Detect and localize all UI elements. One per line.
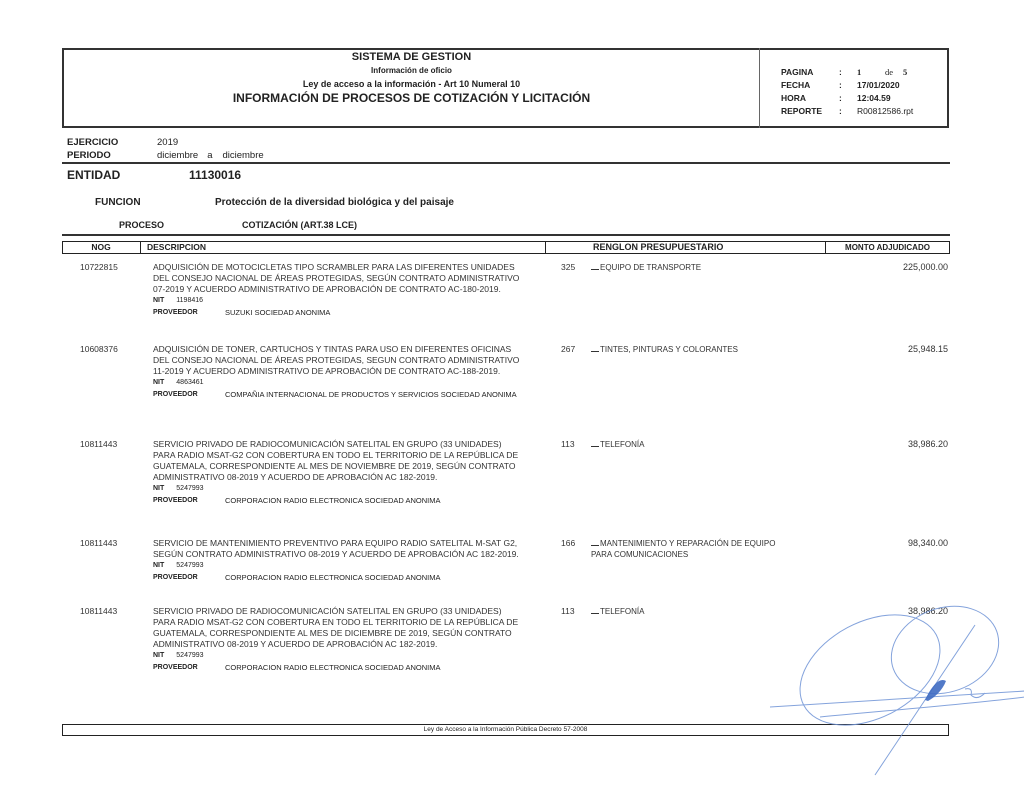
row-description: SERVICIO PRIVADO DE RADIOCOMUNICACIÓN SA… — [153, 606, 523, 650]
renglon-name-text: TELEFONÍA — [600, 607, 644, 616]
row-nit: NIT1198416 — [153, 296, 525, 306]
row-renglon-code: 267 — [561, 344, 575, 354]
dash-marker — [591, 439, 599, 447]
nit-label: NIT — [153, 297, 164, 304]
law-line: Ley de acceso a la información - Art 10 … — [64, 77, 759, 91]
row-monto: 98,340.00 — [828, 538, 948, 548]
section-rule — [62, 162, 950, 164]
row-description-block: ADQUISICIÓN DE MOTOCICLETAS TIPO SCRAMBL… — [153, 262, 525, 318]
reporte-label: REPORTE — [781, 105, 839, 118]
header-divider — [759, 48, 760, 128]
row-renglon-name: TINTES, PINTURAS Y COLORANTES — [591, 344, 796, 355]
row-monto: 25,948.15 — [828, 344, 948, 354]
system-title: SISTEMA DE GESTION — [64, 51, 759, 64]
row-renglon-code: 113 — [561, 606, 575, 616]
col-header-nog: NOG — [62, 241, 140, 254]
row-nog: 10811443 — [80, 606, 117, 616]
nit-value: 5247993 — [176, 562, 203, 569]
proceso-row: PROCESOCOTIZACIÓN (ART.38 LCE) — [119, 220, 357, 230]
report-header-titles: SISTEMA DE GESTION Información de oficio… — [64, 51, 759, 106]
row-renglon-name: TELEFONÍA — [591, 439, 796, 450]
renglon-name-text: TINTES, PINTURAS Y COLORANTES — [600, 345, 738, 354]
row-proveedor: PROVEEDORCOMPAÑIA INTERNACIONAL DE PRODU… — [153, 390, 525, 400]
proveedor-label: PROVEEDOR — [153, 496, 225, 506]
col-header-monto: MONTO ADJUDICADO — [825, 241, 950, 254]
nit-value: 5247993 — [176, 652, 203, 659]
ejercicio-value: 2019 — [157, 137, 178, 148]
pagina-current: 1 — [857, 66, 885, 79]
row-proveedor: PROVEEDORCORPORACION RADIO ELECTRONICA S… — [153, 496, 525, 506]
row-monto: 38,986.20 — [828, 606, 948, 616]
renglon-name-text: EQUIPO DE TRANSPORTE — [600, 263, 701, 272]
reporte-value: R00812586.rpt — [857, 105, 913, 118]
meta-reporte: REPORTE : R00812586.rpt — [781, 105, 913, 118]
row-renglon-name: EQUIPO DE TRANSPORTE — [591, 262, 796, 273]
row-description: ADQUISICIÓN DE MOTOCICLETAS TIPO SCRAMBL… — [153, 262, 523, 295]
row-proveedor: PROVEEDORCORPORACION RADIO ELECTRONICA S… — [153, 573, 525, 583]
row-renglon-code: 325 — [561, 262, 575, 272]
report-title: INFORMACIÓN DE PROCESOS DE COTIZACIÓN Y … — [64, 91, 759, 106]
separator: : — [839, 66, 857, 79]
nit-label: NIT — [153, 485, 164, 492]
row-nit: NIT5247993 — [153, 561, 525, 571]
row-monto: 38,986.20 — [828, 439, 948, 449]
proceso-label: PROCESO — [119, 220, 242, 230]
pagina-of: de — [885, 66, 903, 79]
pagina-label: PAGINA — [781, 66, 839, 79]
proceso-value: COTIZACIÓN (ART.38 LCE) — [242, 220, 357, 230]
meta-fecha: FECHA : 17/01/2020 — [781, 79, 913, 92]
row-proveedor: PROVEEDORCORPORACION RADIO ELECTRONICA S… — [153, 663, 525, 673]
meta-hora: HORA : 12:04.59 — [781, 92, 913, 105]
row-description: SERVICIO DE MANTENIMIENTO PREVENTIVO PAR… — [153, 538, 523, 560]
row-description-block: SERVICIO PRIVADO DE RADIOCOMUNICACIÓN SA… — [153, 606, 525, 673]
ejercicio-label: EJERCICIO — [67, 137, 157, 148]
proveedor-value: SUZUKI SOCIEDAD ANONIMA — [225, 308, 525, 318]
renglon-name-text: MANTENIMIENTO Y REPARACIÓN DE EQUIPO PAR… — [591, 539, 775, 559]
row-nit: NIT5247993 — [153, 484, 525, 494]
hora-label: HORA — [781, 92, 839, 105]
row-description: ADQUISICIÓN DE TONER, CARTUCHOS Y TINTAS… — [153, 344, 523, 377]
row-nog: 10811443 — [80, 439, 117, 449]
col-header-renglon: RENGLON PRESUPUESTARIO — [593, 241, 723, 254]
funcion-row: FUNCIONProtección de la diversidad bioló… — [95, 197, 454, 208]
entidad-label: ENTIDAD — [67, 168, 189, 182]
row-nit: NIT5247993 — [153, 651, 525, 661]
nit-label: NIT — [153, 379, 164, 386]
proveedor-label: PROVEEDOR — [153, 390, 225, 400]
nit-label: NIT — [153, 652, 164, 659]
row-nog: 10608376 — [80, 344, 118, 354]
dash-marker — [591, 344, 599, 352]
proveedor-value: CORPORACION RADIO ELECTRONICA SOCIEDAD A… — [225, 573, 525, 583]
row-renglon-name: TELEFONÍA — [591, 606, 796, 617]
periodo-row: PERIODOdiciembreadiciembre — [67, 150, 264, 161]
periodo-from: diciembre — [157, 150, 198, 161]
col-separator — [140, 241, 141, 254]
nit-value: 4863461 — [176, 379, 203, 386]
separator: : — [839, 92, 857, 105]
proveedor-value: CORPORACION RADIO ELECTRONICA SOCIEDAD A… — [225, 663, 525, 673]
proveedor-label: PROVEEDOR — [153, 573, 225, 583]
proveedor-label: PROVEEDOR — [153, 663, 225, 673]
col-separator — [545, 241, 546, 254]
pagina-total: 5 — [903, 66, 907, 79]
entidad-row: ENTIDAD11130016 — [67, 168, 241, 182]
row-nog: 10811443 — [80, 538, 117, 548]
fecha-value: 17/01/2020 — [857, 79, 900, 92]
row-renglon-code: 166 — [561, 538, 575, 548]
signature-mark — [760, 605, 1024, 785]
row-monto: 225,000.00 — [828, 262, 948, 272]
section-rule — [62, 234, 950, 236]
hora-value: 12:04.59 — [857, 92, 891, 105]
meta-pagina: PAGINA : 1 de 5 — [781, 66, 913, 79]
proveedor-value: COMPAÑIA INTERNACIONAL DE PRODUCTOS Y SE… — [225, 390, 525, 400]
dash-marker — [591, 538, 599, 546]
nit-label: NIT — [153, 562, 164, 569]
nit-value: 5247993 — [176, 485, 203, 492]
row-nit: NIT4863461 — [153, 378, 525, 388]
renglon-name-text: TELEFONÍA — [600, 440, 644, 449]
footer-text: Ley de Acceso a la Información Pública D… — [62, 725, 949, 735]
dash-marker — [591, 262, 599, 270]
report-meta: PAGINA : 1 de 5 FECHA : 17/01/2020 HORA … — [781, 66, 913, 118]
fecha-label: FECHA — [781, 79, 839, 92]
proveedor-label: PROVEEDOR — [153, 308, 225, 318]
periodo-to: diciembre — [222, 150, 263, 161]
subtitle: Información de oficio — [64, 64, 759, 77]
nit-value: 1198416 — [176, 297, 203, 304]
entidad-value: 11130016 — [189, 168, 241, 182]
row-description: SERVICIO PRIVADO DE RADIOCOMUNICACIÓN SA… — [153, 439, 523, 483]
row-description-block: SERVICIO DE MANTENIMIENTO PREVENTIVO PAR… — [153, 538, 525, 583]
funcion-label: FUNCION — [95, 197, 215, 208]
row-renglon-code: 113 — [561, 439, 575, 449]
row-description-block: ADQUISICIÓN DE TONER, CARTUCHOS Y TINTAS… — [153, 344, 525, 400]
row-nog: 10722815 — [80, 262, 118, 272]
row-description-block: SERVICIO PRIVADO DE RADIOCOMUNICACIÓN SA… — [153, 439, 525, 506]
row-proveedor: PROVEEDORSUZUKI SOCIEDAD ANONIMA — [153, 308, 525, 318]
funcion-value: Protección de la diversidad biológica y … — [215, 197, 454, 208]
periodo-connector: a — [207, 150, 212, 161]
separator: : — [839, 79, 857, 92]
col-header-descripcion: DESCRIPCION — [147, 241, 206, 254]
row-renglon-name: MANTENIMIENTO Y REPARACIÓN DE EQUIPO PAR… — [591, 538, 796, 560]
periodo-label: PERIODO — [67, 150, 157, 161]
ejercicio-row: EJERCICIO2019 — [67, 137, 178, 148]
separator: : — [839, 105, 857, 118]
proveedor-value: CORPORACION RADIO ELECTRONICA SOCIEDAD A… — [225, 496, 525, 506]
dash-marker — [591, 606, 599, 614]
